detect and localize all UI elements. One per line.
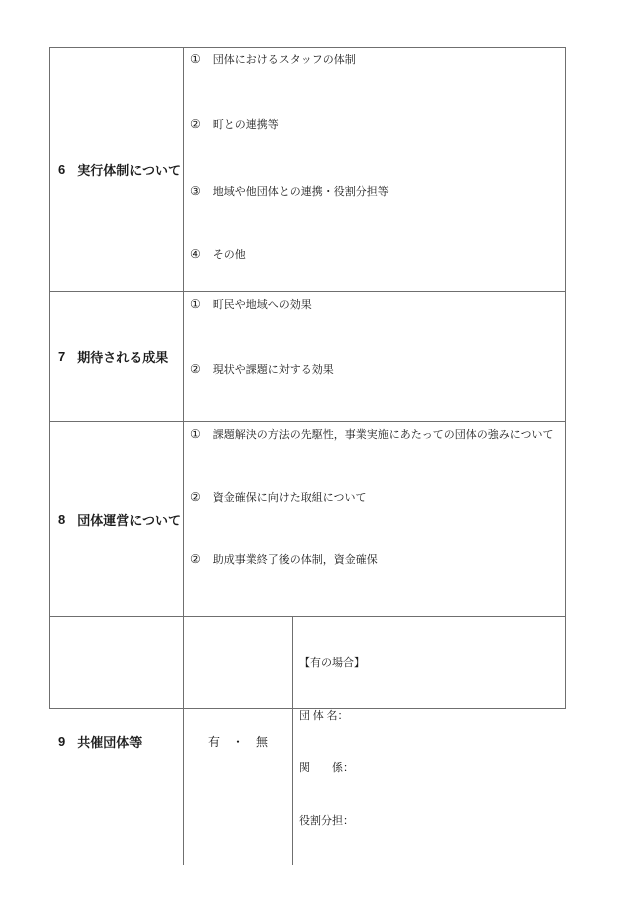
detail-line-relation: 関 係：	[299, 760, 561, 778]
row-6-item-4: ④その他	[190, 247, 246, 262]
item-text: 町との連携等	[213, 119, 279, 131]
row-8-item-3: ②助成事業終了後の体制，資金確保	[190, 552, 378, 567]
row-7-title: 期待される成果	[77, 347, 168, 366]
row-6-label-cell: 6 実行体制について	[50, 48, 184, 292]
row-8-item-2: ②資金確保に向けた取組について	[190, 490, 367, 505]
item-number: ②	[190, 552, 201, 566]
item-number: ①	[190, 427, 201, 441]
row-8-number: 8	[58, 512, 65, 527]
row-9-detail-cell: 【有の場合】 団 体 名： 関 係： 役割分担：	[293, 617, 565, 865]
detail-line-role: 役割分担：	[299, 813, 561, 831]
item-text: 助成事業終了後の体制，資金確保	[213, 554, 378, 566]
row-6-item-2: ②町との連携等	[190, 117, 279, 132]
row-6-item-3: ③地域や他団体との連携・役割分担等	[190, 184, 389, 199]
row-6-content-cell: ①団体におけるスタッフの体制 ②町との連携等 ③地域や他団体との連携・役割分担等…	[184, 48, 565, 292]
row-9-title: 共催団体等	[77, 732, 142, 751]
item-number: ②	[190, 117, 201, 131]
document-page: 6 実行体制について ①団体におけるスタッフの体制 ②町との連携等 ③地域や他団…	[0, 0, 630, 903]
row-9-number: 9	[58, 734, 65, 749]
row-6-title: 実行体制について	[77, 160, 181, 179]
detail-heading: 【有の場合】	[299, 655, 561, 673]
item-number: ②	[190, 362, 201, 376]
row-7-label-cell: 7 期待される成果	[50, 292, 184, 422]
row-7-content-cell: ①町民や地域への効果 ②現状や課題に対する効果	[184, 292, 565, 422]
item-text: その他	[213, 249, 246, 261]
application-form-table: 6 実行体制について ①団体におけるスタッフの体制 ②町との連携等 ③地域や他団…	[49, 47, 566, 709]
row-8-title: 団体運営について	[77, 510, 181, 529]
row-6-item-1: ①団体におけるスタッフの体制	[190, 52, 356, 67]
row-6-number: 6	[58, 162, 65, 177]
row-7-item-2: ②現状や課題に対する効果	[190, 362, 334, 377]
item-number: ③	[190, 184, 201, 198]
item-text: 現状や課題に対する効果	[213, 364, 334, 376]
item-text: 地域や他団体との連携・役割分担等	[213, 186, 389, 198]
item-text: 課題解決の方法の先駆性，事業実施にあたっての団体の強みについて	[213, 429, 554, 441]
row-7-number: 7	[58, 349, 65, 364]
item-text: 団体におけるスタッフの体制	[213, 54, 356, 66]
row-8-item-1: ①課題解決の方法の先駆性，事業実施にあたっての団体の強みについて	[190, 427, 554, 442]
item-number: ①	[190, 297, 201, 311]
item-text: 資金確保に向けた取組について	[213, 492, 367, 504]
item-number: ④	[190, 247, 201, 261]
row-8-label-cell: 8 団体運営について	[50, 422, 184, 617]
row-9-choice-cell: 有 ・ 無	[184, 617, 293, 865]
item-number: ①	[190, 52, 201, 66]
yes-no-choice: 有 ・ 無	[208, 733, 268, 750]
row-7-item-1: ①町民や地域への効果	[190, 297, 312, 312]
row-8-content-cell: ①課題解決の方法の先駆性，事業実施にあたっての団体の強みについて ②資金確保に向…	[184, 422, 565, 617]
item-number: ②	[190, 490, 201, 504]
item-text: 町民や地域への効果	[213, 299, 312, 311]
detail-line-group-name: 団 体 名：	[299, 708, 561, 726]
row-9-label-cell: 9 共催団体等	[50, 617, 184, 865]
